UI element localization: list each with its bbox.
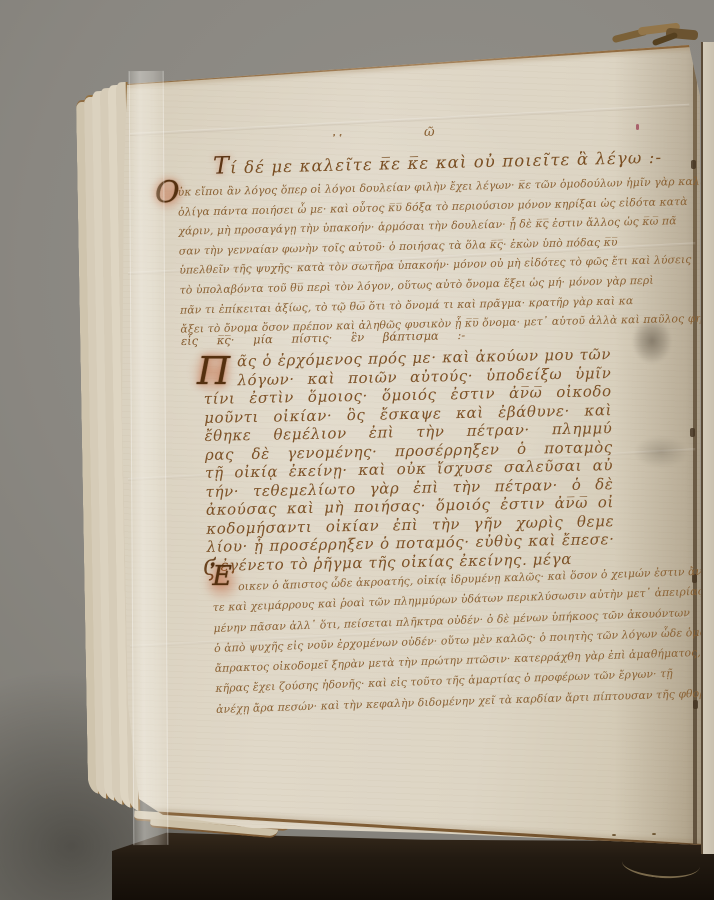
lower-commentary-block: οικεν ὁ ἄπιστος ὧδε ἀκροατής, οἰκίᾳ ἱδρυ… (212, 560, 714, 720)
ink-speck (388, 58, 391, 60)
facing-page-edge (701, 42, 714, 854)
scribal-flourish: ῶ (424, 125, 435, 140)
ink-speck (612, 834, 616, 836)
sewing-stitch (691, 160, 696, 169)
manuscript-photo: ᾿῾ ῶ Τί δέ με καλεῖτε κ̅ε κ̅ε καὶ οὐ ποι… (0, 0, 714, 900)
smudge-stain (634, 436, 688, 468)
ink-speck (652, 833, 656, 835)
gospel-lection-block: ᾶς ὁ ἐρχόμενος πρός με· καὶ ἀκούων μου τ… (203, 345, 615, 575)
ink-speck (214, 72, 217, 74)
repair-tape-strip (129, 71, 169, 845)
scribal-flourish: ᾿῾ (330, 134, 343, 149)
ink-speck (300, 66, 302, 68)
sewing-stitch (690, 428, 695, 437)
upper-commentary-block: ὐκ εἴποι ἂν λόγος ὅπερ οἱ λόγοι δουλείαν… (177, 171, 714, 339)
red-pigment-speck (636, 124, 639, 130)
